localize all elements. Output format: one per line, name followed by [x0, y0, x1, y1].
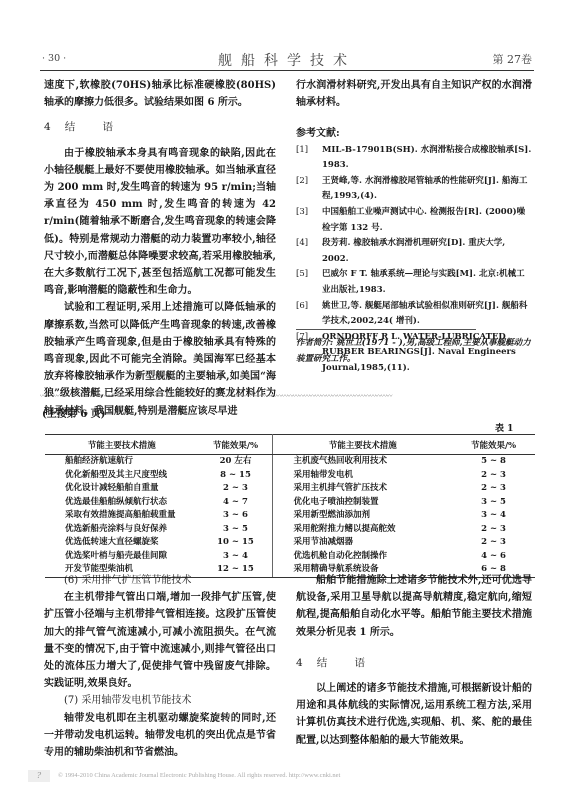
- upper-right-column: 行水润滑材料研究,开发出具有自主知识产权的水润滑轴承材料。 参考文献: [1]M…: [296, 77, 532, 377]
- cnki-logo-icon: ?: [28, 770, 50, 782]
- continued-from-label: (上接第 6 页): [42, 405, 105, 420]
- table-caption: 表 1: [495, 421, 513, 434]
- reference-item: [6]姚世卫,等. 舰艇尾部轴承试验相似准则研究[J]. 舰船科学技术,2002…: [296, 299, 532, 330]
- table-header-row: 节能主要技术措施 节能效果/% 节能主要技术措施 节能效果/%: [45, 435, 535, 455]
- column-header: 节能效果/%: [199, 435, 273, 455]
- table-row: 优选低转速大直径螺旋桨10 ~ 15采用节油减烟器2 ~ 3: [45, 536, 535, 550]
- subsection-heading: (7) 采用轴带发电机节能技术: [44, 692, 276, 709]
- section-heading: 4结 语: [44, 119, 276, 136]
- lower-left-column: (6) 采用排气扩压管节能技术 在主机带排气管出口端,增加一段排气扩压管,使扩压…: [44, 572, 276, 761]
- column-header: 节能主要技术措施: [45, 435, 199, 455]
- page-footer: ? © 1994-2010 China Academic Journal Ele…: [28, 770, 548, 784]
- paragraph: 由于橡胶轴承本身具有鸣音现象的缺陷,因此在小轴径舰艇上最好不要使用橡胶轴承。如当…: [44, 145, 276, 300]
- references-heading: 参考文献:: [296, 125, 532, 142]
- volume-label: 第 27卷: [493, 51, 533, 67]
- column-header: 节能主要技术措施: [273, 435, 452, 455]
- table-row: 船舶经济航速航行20 左右主机废气热回收利用技术5 ~ 8: [45, 455, 535, 469]
- paragraph: 船舶节能措施除上述诸多节能技术外,还可优选导航设备,采用卫星导航以提高导航精度,…: [296, 572, 532, 641]
- table-row: 优选新船壳涂料与良好保养3 ~ 5采用舵附推力鳍以提高舵效2 ~ 3: [45, 523, 535, 537]
- upper-left-column: 速度下,软橡胶(70HS)轴承比标准硬橡胶(80HS)轴承的摩擦力低很多。试验结…: [44, 77, 276, 420]
- paragraph: 以上阐述的诸多节能技术措施,可根据新设计船的用途和具体航线的实际情况,运用系统工…: [296, 680, 532, 749]
- column-header: 节能效果/%: [452, 435, 535, 455]
- author-bio: 作者简介: 姚世卫(1971 - ),男,高级工程师,主要从事舰艇动力装置研究工…: [296, 335, 532, 367]
- reference-item: [3]中国船舶工业噪声测试中心. 检测报告[R]. (2000)噪检字第 132…: [296, 205, 532, 236]
- reference-item: [2]王贤峰,等. 水润滑橡胶尾管轴承的性能研究[J]. 船海工程,1993,(…: [296, 174, 532, 205]
- journal-title: 舰船科学技术: [40, 50, 534, 70]
- reference-item: [5]巴威尔 F T. 轴承系统—理论与实践[M]. 北京:机械工业出版社,19…: [296, 267, 532, 298]
- table-row: 优化设计减轻船舶自重量2 ~ 3采用主机排气管扩压技术2 ~ 3: [45, 482, 535, 496]
- reference-item: [4]段芳莉. 橡胶轴承水润滑机理研究[D]. 重庆大学, 2002.: [296, 236, 532, 267]
- table-row: 优选桨叶梢与船壳最佳间隙3 ~ 4优选机舱自动化控制操作4 ~ 6: [45, 550, 535, 564]
- author-divider: [296, 329, 476, 330]
- page-header: · 30 · 舰船科学技术 第 27卷: [40, 50, 534, 71]
- copyright-notice: © 1994-2010 China Academic Journal Elect…: [58, 772, 340, 779]
- subsection-heading: (6) 采用排气扩压管节能技术: [44, 572, 276, 589]
- paragraph: 试验和工程证明,采用上述措施可以降低轴承的摩擦系数,当然可以降低产生鸣音现象的转…: [44, 299, 276, 419]
- reference-item: [1]MIL-B-17901B(SH). 水润滑粘接合成橡胶轴承[S]. 198…: [296, 143, 532, 174]
- energy-saving-table: 节能主要技术措施 节能效果/% 节能主要技术措施 节能效果/% 船舶经济航速航行…: [45, 434, 535, 578]
- paragraph: 在主机带排气管出口端,增加一段排气扩压管,使扩压管小径端与主机带排气管相连接。这…: [44, 589, 276, 692]
- wavy-divider: 〰〰〰〰〰〰〰〰〰〰〰〰〰〰〰〰〰〰〰〰〰〰〰〰〰〰〰〰〰〰〰〰〰〰〰〰〰〰〰〰…: [40, 394, 534, 400]
- paragraph: 行水润滑材料研究,开发出具有自主知识产权的水润滑轴承材料。: [296, 77, 532, 111]
- table-row: 采取有效措施提高船舶载重量3 ~ 6采用新型燃油添加剂3 ~ 4: [45, 509, 535, 523]
- lower-right-column: 船舶节能措施除上述诸多节能技术外,还可优选导航设备,采用卫星导航以提高导航精度,…: [296, 572, 532, 749]
- section-heading: 4结 语: [296, 655, 532, 672]
- paragraph: 轴带发电机即在主机驱动螺旋桨旋转的同时,还一并带动发电机运转。轴带发电机的突出优…: [44, 710, 276, 762]
- paragraph: 速度下,软橡胶(70HS)轴承比标准硬橡胶(80HS)轴承的摩擦力低很多。试验结…: [44, 77, 276, 111]
- table-row: 优选最佳船舶纵倾航行状态4 ~ 7优化电子喷油控制装置3 ~ 5: [45, 496, 535, 510]
- table-row: 优化新船型及其主尺度型线8 ~ 15采用轴带发电机2 ~ 3: [45, 469, 535, 483]
